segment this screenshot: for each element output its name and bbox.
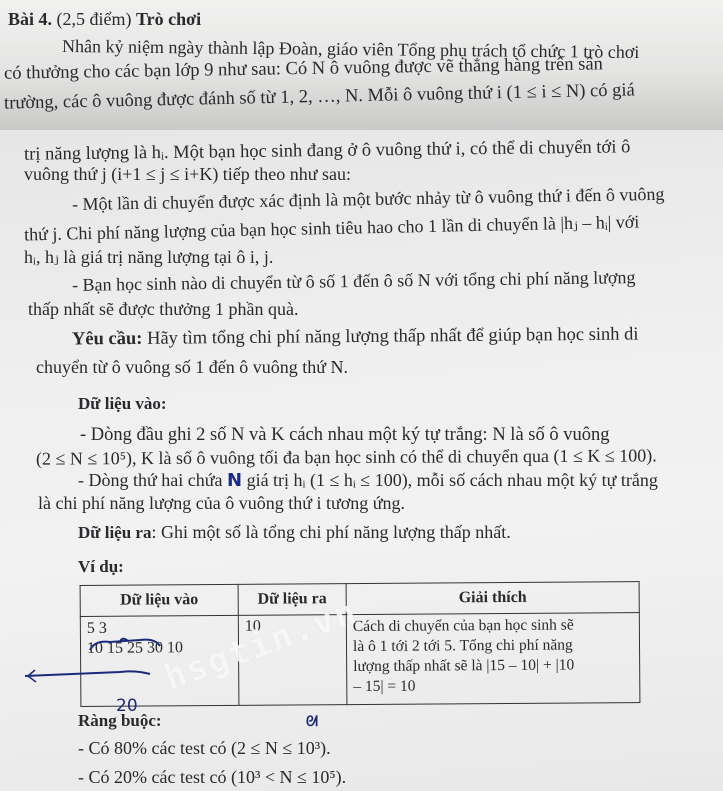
table-header: Giải thích xyxy=(346,582,639,615)
constraint-item: - Có 20% các test có (10³ < N ≤ 10⁵). xyxy=(78,766,346,788)
input-line-2-n: N xyxy=(227,470,242,491)
constraints-label: Ràng buộc: xyxy=(78,710,162,732)
input-line: là chi phí năng lượng của ô vuông thứ i … xyxy=(38,492,405,514)
example-explanation-cell: Cách di chuyển của bạn học sinh sẽ là ô … xyxy=(346,613,640,705)
intro-line: vuông thứ j (i+1 ≤ j ≤ i+K) tiếp theo nh… xyxy=(24,163,351,185)
example-label: Ví dụ: xyxy=(78,556,124,578)
input-line: - Dòng đầu ghi 2 số N và K cách nhau một… xyxy=(80,424,609,446)
problem-title: Trò chơi xyxy=(136,9,201,29)
constraint-item: - Có 80% các test có (2 ≤ N ≤ 10³). xyxy=(78,737,331,759)
problem-number: Bài 4. xyxy=(8,9,52,29)
rule-1-line: hᵢ, hⱼ là giá trị năng lượng tại ô i, j. xyxy=(24,246,273,268)
table-header: Dữ liệu vào xyxy=(80,584,238,616)
rule-2-line: thấp nhất sẽ được thưởng 1 phần quà. xyxy=(28,298,299,320)
input-line-2-prefix: - Dòng thứ hai chứa xyxy=(78,470,222,490)
requirement-line: chuyển từ ô vuông số 1 đến ô vuông thứ N… xyxy=(36,356,348,378)
input-line-2: - Dòng thứ hai chứa N giá trị hᵢ (1 ≤ hᵢ… xyxy=(78,469,658,492)
output-text: : Ghi một số là tổng chi phí năng lượng … xyxy=(151,522,510,542)
requirement-label: Yêu cầu: xyxy=(72,329,143,350)
explanation-line: là ô 1 tới 2 tới 5. Tổng chi phí năng xyxy=(353,635,633,657)
input-line-2-suffix: giá trị hᵢ (1 ≤ hᵢ ≤ 100), mỗi số cách n… xyxy=(247,470,658,490)
explanation-line: Cách di chuyển của bạn học sinh sẽ xyxy=(353,615,633,637)
explanation-line: – 15| = 10 xyxy=(353,675,633,697)
input-label: Dữ liệu vào: xyxy=(78,393,167,415)
table-header-row: Dữ liệu vào Dữ liệu ra Giải thích xyxy=(80,582,639,617)
output-label: Dữ liệu ra xyxy=(78,523,151,542)
requirement-text: Hãy tìm tổng chi phí năng lượng thấp nhấ… xyxy=(147,325,639,349)
input-line: (2 ≤ N ≤ 10⁵), K là số ô vuông tối đa bạ… xyxy=(36,444,657,469)
problem-points: (2,5 điểm) xyxy=(57,9,132,29)
ink-mark-icon: ᘛ xyxy=(306,714,318,730)
explanation-line: lượng thấp nhất sẽ là |15 – 10| + |10 xyxy=(353,655,633,677)
problem-heading: Bài 4. (2,5 điểm) Trò chơi xyxy=(8,8,201,30)
output-line: Dữ liệu ra: Ghi một số là tổng chi phí n… xyxy=(78,521,511,544)
